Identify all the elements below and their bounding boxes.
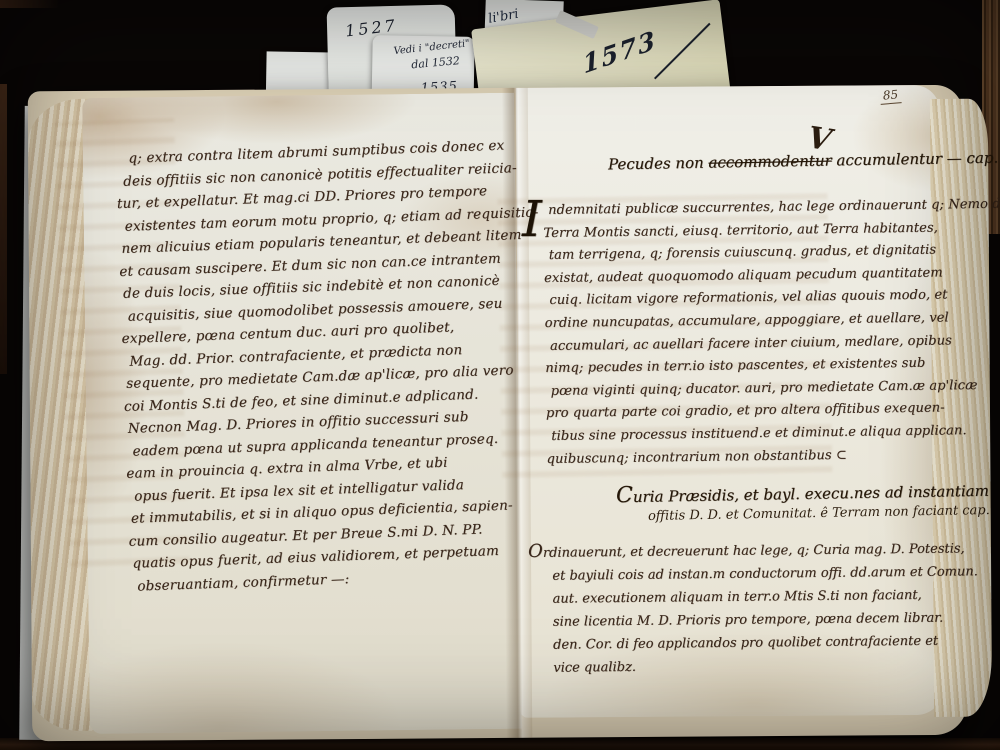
chapter-heading-pre: Pecudes non [608,154,709,174]
chapter-heading-post: accumulentur — cap. [832,149,999,170]
slash-stroke [654,23,711,80]
right-page-paragraph-1: ndemnitati publicæ succurrentes, hac leg… [548,194,1000,472]
right-page-paragraph-2: Ordinauerunt, et decreuerunt hac lege, q… [528,535,979,680]
manuscript-line: vice qualibz. [553,652,979,679]
drop-cap-initial: I [522,196,542,242]
folio-number: 85 [879,87,902,105]
chapter-heading-struck-word: accommodentur [708,152,832,172]
left-page-text-block: q; extra contra litem abrumi sumptibus c… [118,134,547,598]
manuscript-line: den. Cor. di feo applicandos pro quolibe… [553,629,979,656]
manuscript-photo: Gli ebrei 1527 Vedi i "decreti" dal 1532… [0,0,1000,750]
wood-table-edge-left [0,84,7,374]
wood-table-edge-top [0,0,60,8]
archive-tab-vedi-line2: dal 1532 [411,54,461,71]
